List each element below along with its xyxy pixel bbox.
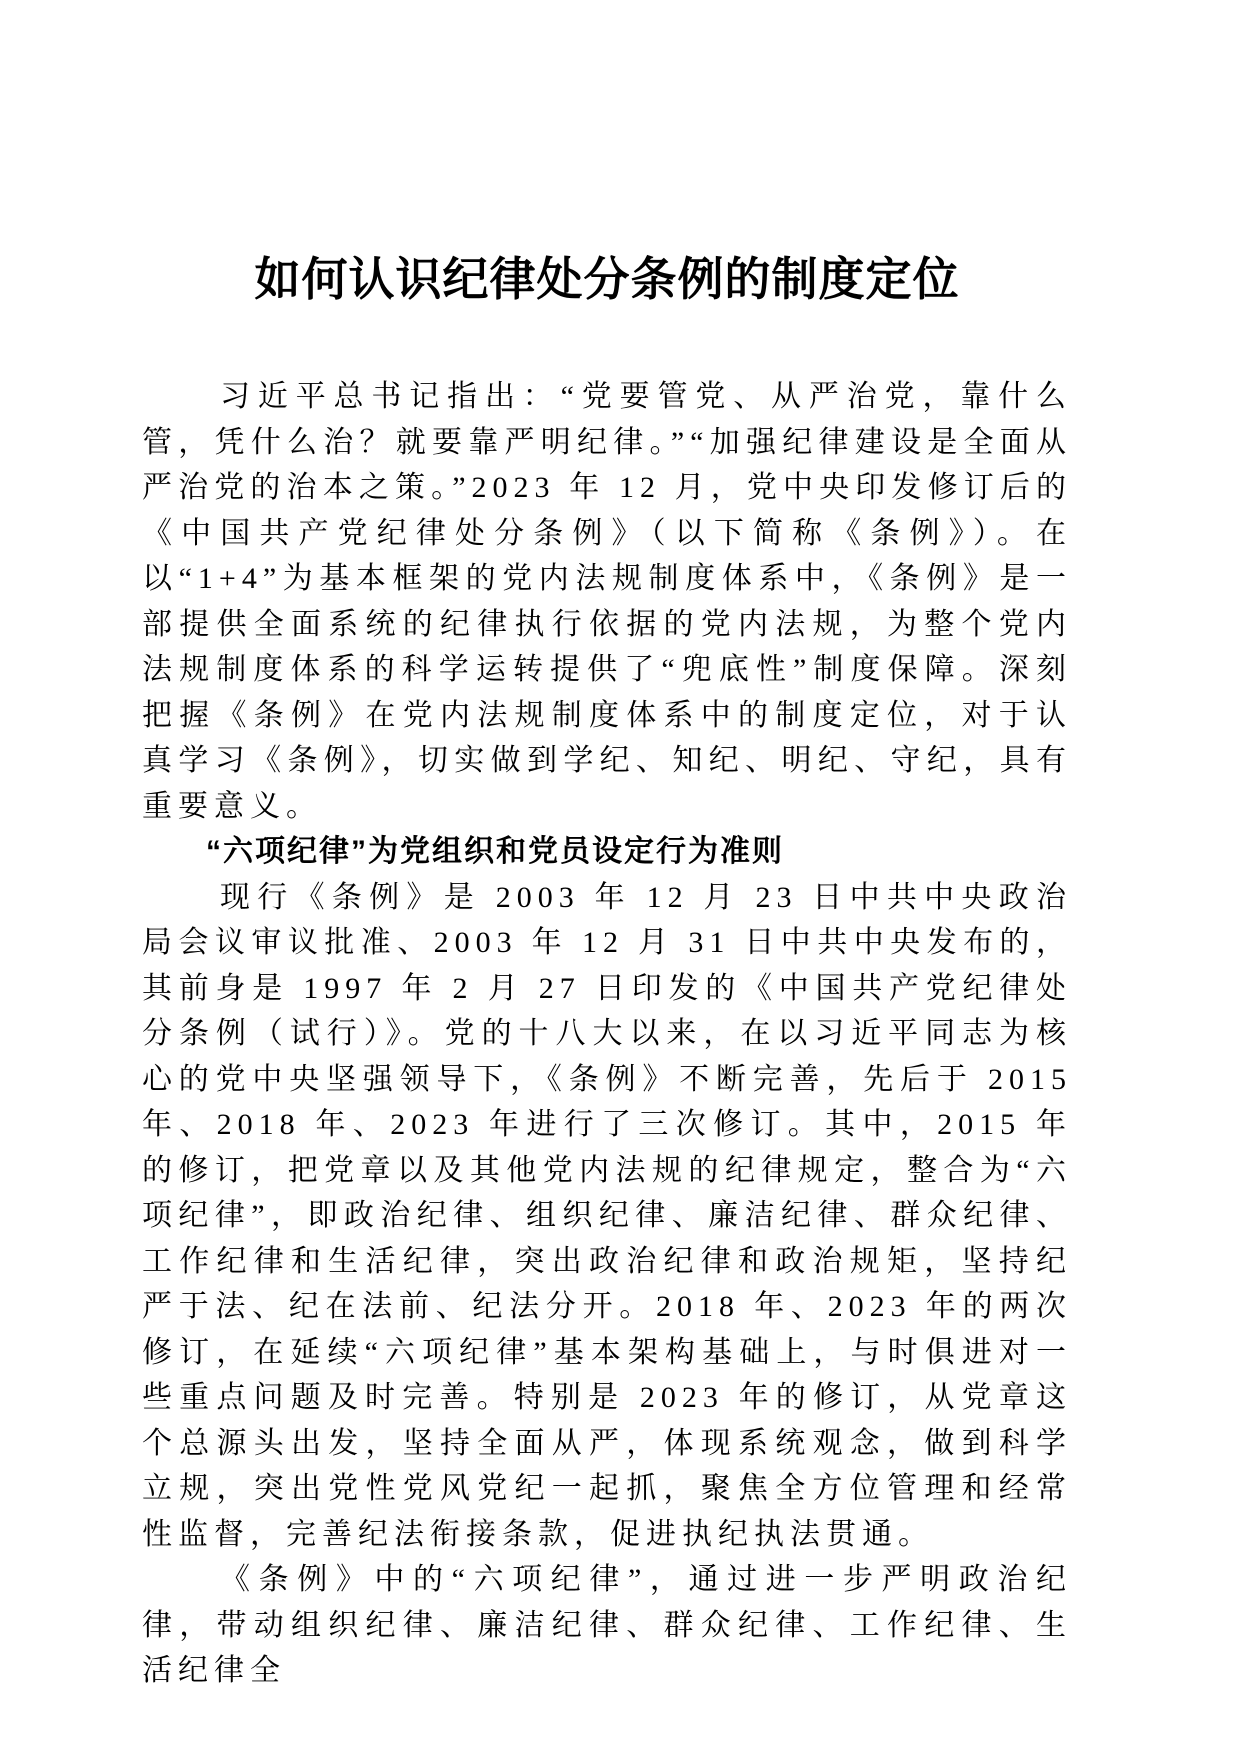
body-paragraph: 习近平总书记指出：“党要管党、从严治党，靠什么管，凭什么治？就要靠严明纪律。”“…	[142, 374, 1072, 829]
document-title: 如何认识纪律处分条例的制度定位	[142, 252, 1072, 308]
document-body: 习近平总书记指出：“党要管党、从严治党，靠什么管，凭什么治？就要靠严明纪律。”“…	[142, 374, 1072, 1694]
section-heading: “六项纪律”为党组织和党员设定行为准则	[142, 829, 1072, 875]
body-paragraph: 现行《条例》是 2003 年 12 月 23 日中共中央政治局会议审议批准、20…	[142, 875, 1072, 1558]
document-page: 如何认识纪律处分条例的制度定位 习近平总书记指出：“党要管党、从严治党，靠什么管…	[0, 0, 1240, 1754]
body-paragraph: 《条例》中的“六项纪律”，通过进一步严明政治纪律，带动组织纪律、廉洁纪律、群众纪…	[142, 1557, 1072, 1694]
